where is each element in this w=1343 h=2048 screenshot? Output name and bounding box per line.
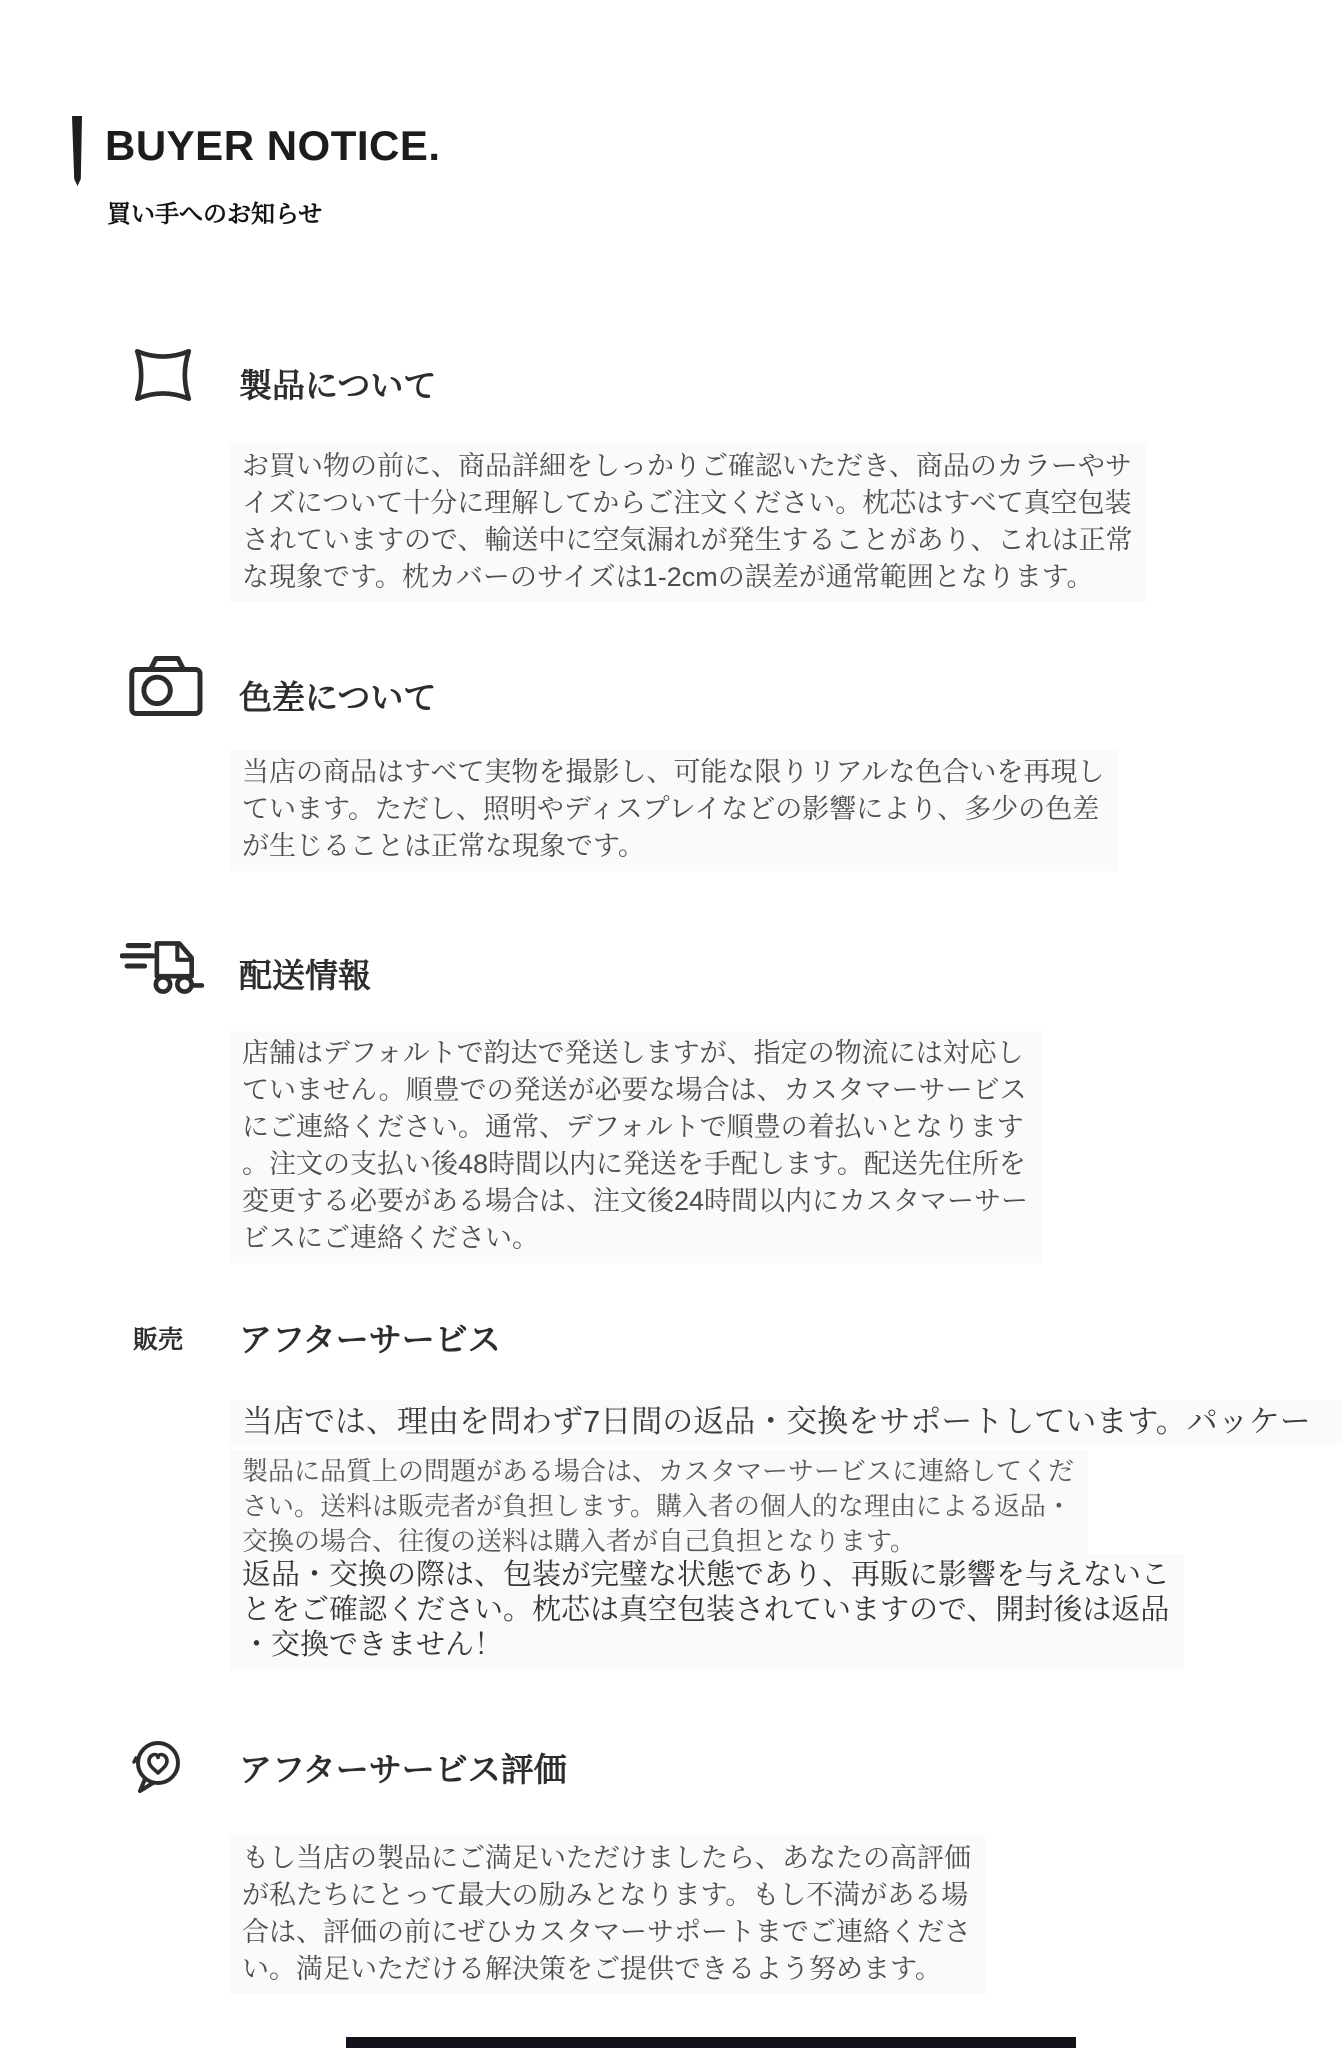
- truck-icon: [120, 933, 206, 999]
- page-title: BUYER NOTICE.: [105, 122, 441, 170]
- accent-bar: [72, 116, 82, 186]
- page-subtitle: 買い手へのお知らせ: [107, 194, 322, 229]
- next-section-edge: [346, 2037, 1076, 2048]
- section-text-product: お買い物の前に、商品詳細をしっかりご確認いただき、商品のカラーやサ イズについて…: [230, 444, 1146, 602]
- heart-bubble-icon: [129, 1738, 185, 1796]
- section-text-color: 当店の商品はすべて実物を撮影し、可能な限りリアルな色合いを再現し ています。ただ…: [230, 750, 1118, 871]
- section-text-aftersales: 製品に品質上の問題がある場合は、カスタマーサービスに連絡してくだ さい。送料は販…: [230, 1450, 1088, 1565]
- section-heading-product: 製品について: [239, 360, 436, 407]
- sales-label: 販売: [133, 1320, 183, 1356]
- section-text-rating: もし当店の製品にご満足いただけましたら、あなたの高評価 が私たちにとって最大の励…: [230, 1836, 985, 1994]
- camera-icon: [127, 653, 207, 719]
- section-heading-aftersales: アフターサービス: [239, 1314, 501, 1361]
- section-heading-shipping: 配送情報: [239, 950, 371, 997]
- buyer-notice-page: BUYER NOTICE. 買い手へのお知らせ 製品について お買い物の前に、商…: [0, 0, 1343, 2048]
- section-heading-color: 色差について: [239, 672, 436, 719]
- section-intro-aftersales: 当店では、理由を問わず7日間の返品・交換をサポートしています。パッケー: [230, 1400, 1343, 1444]
- section-emphasis-aftersales: 返品・交換の際は、包装が完璧な状態であり、再販に影響を与えないこ とをご確認くだ…: [230, 1554, 1184, 1669]
- section-text-shipping: 店舗はデフォルトで韵达で発送しますが、指定の物流には対応し ていません。順豊での…: [230, 1031, 1042, 1263]
- section-heading-rating: アフターサービス評価: [239, 1744, 567, 1791]
- pillow-icon: [130, 342, 196, 408]
